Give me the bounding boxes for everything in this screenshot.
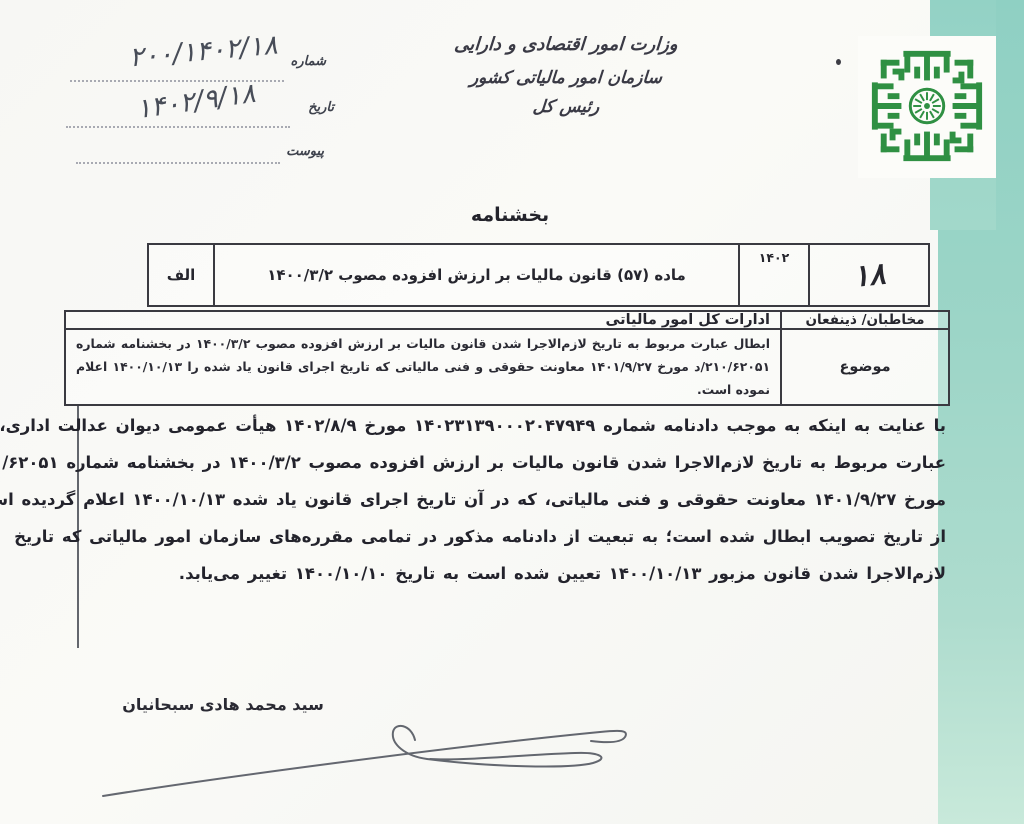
document-title: بخشنامه <box>380 204 640 226</box>
scanned-circular-document: شماره ۲۰۰/۱۴۰۲/۱۸ تاریخ ۱۴۰۲/۹/۱۸ پیوست … <box>0 0 1024 824</box>
info-table: ادارات کل امور مالیاتی مخاطبان/ ذینفعان … <box>64 310 950 406</box>
body-line: با عنایت به اینکه به موجب دادنامه شماره … <box>86 407 946 444</box>
classification-table: الف ماده (۵۷) قانون مالیات بر ارزش افزود… <box>147 243 930 307</box>
short-subject-cell: ماده (۵۷) قانون مالیات بر ارزش افزوده مص… <box>215 245 738 305</box>
body-line: عبارت مربوط به تاریخ لازم‌الاجرا شدن قان… <box>86 444 946 481</box>
number-label: شماره <box>291 54 326 69</box>
subject-label: موضوع <box>780 330 948 405</box>
logo-container <box>858 36 996 178</box>
body-paragraph: با عنایت به اینکه به موجب دادنامه شماره … <box>86 407 946 592</box>
number-value-handwritten: ۲۰۰/۱۴۰۲/۱۸ <box>128 30 279 74</box>
addressees-label: مخاطبان/ ذینفعان <box>780 312 948 328</box>
scan-speck <box>836 59 841 65</box>
tax-administration-emblem-icon <box>866 42 988 170</box>
serial-number: ۱۸ <box>851 256 887 294</box>
category-cell: الف <box>149 245 215 305</box>
letterhead-center: وزارت امور اقتصادی و دارایی سازمان امور … <box>356 34 776 117</box>
date-value-handwritten: ۱۴۰۲/۹/۱۸ <box>135 78 258 125</box>
attachment-dotted-line <box>76 162 280 164</box>
addressees-row: ادارات کل امور مالیاتی مخاطبان/ ذینفعان <box>66 312 948 330</box>
subject-row: ابطال عبارت مربوط به تاریخ لازم‌الاجرا ش… <box>66 330 948 405</box>
date-dotted-line <box>66 126 290 128</box>
handwritten-signature-icon <box>95 712 635 807</box>
body-line: مورخ ۱۴۰۱/۹/۲۷ معاونت حقوقی و فنی مالیات… <box>86 481 946 518</box>
body-line: لازم‌الاجرا شدن قانون مزبور ۱۴۰۰/۱۰/۱۳ ت… <box>86 555 946 592</box>
signer-role: رئیس کل <box>355 97 776 117</box>
addressees-value: ادارات کل امور مالیاتی <box>66 312 780 328</box>
ministry-name: وزارت امور اقتصادی و دارایی <box>355 34 776 55</box>
year-cell: ۱۴۰۲ <box>738 245 808 305</box>
subject-value: ابطال عبارت مربوط به تاریخ لازم‌الاجرا ش… <box>66 330 780 405</box>
letterhead-stamp-block: شماره ۲۰۰/۱۴۰۲/۱۸ تاریخ ۱۴۰۲/۹/۱۸ پیوست <box>30 28 340 178</box>
organization-name: سازمان امور مالیاتی کشور <box>355 68 776 88</box>
attachment-label: پیوست <box>286 144 324 159</box>
serial-cell: ۱۸ <box>808 245 928 305</box>
date-label: تاریخ <box>308 100 334 115</box>
body-line: از تاریخ تصویب ابطال شده است؛ به تبعیت ا… <box>86 518 946 555</box>
